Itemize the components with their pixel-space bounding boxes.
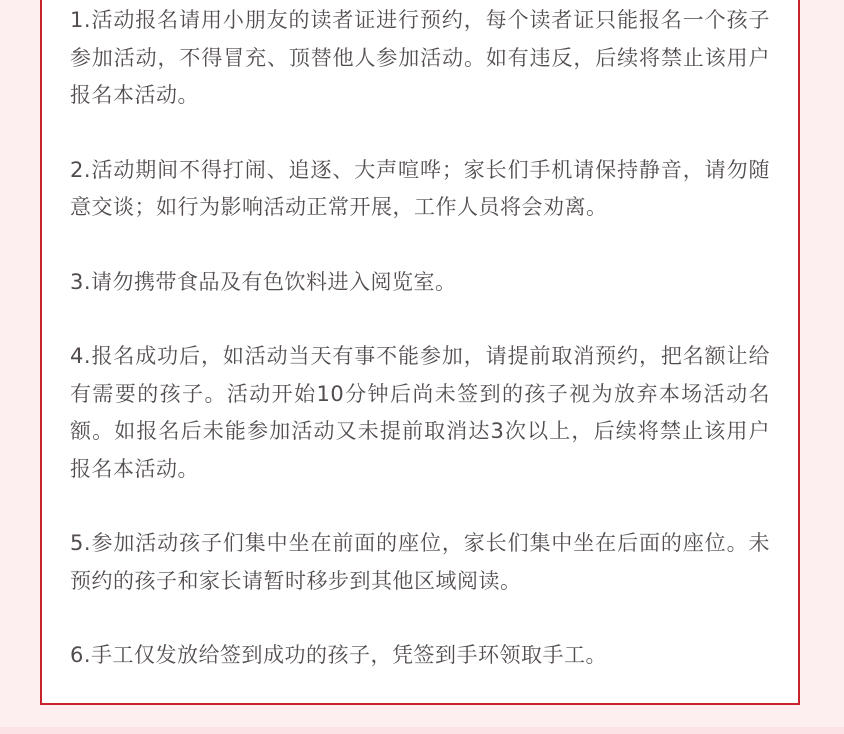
rule-paragraph-1: 1.活动报名请用小朋友的读者证进行预约，每个读者证只能报名一个孩子参加活动，不得… [70,2,770,115]
page-footer-strip [0,727,844,734]
rule-paragraph-3: 3.请勿携带食品及有色饮料进入阅览室。 [70,264,770,302]
rule-paragraph-2: 2.活动期间不得打闹、追逐、大声喧哗；家长们手机请保持静音，请勿随意交谈；如行为… [70,152,770,227]
rule-paragraph-6: 6.手工仅发放给签到成功的孩子，凭签到手环领取手工。 [70,637,770,675]
activity-rules-card: 1.活动报名请用小朋友的读者证进行预约，每个读者证只能报名一个孩子参加活动，不得… [40,0,800,705]
rule-paragraph-4: 4.报名成功后，如活动当天有事不能参加，请提前取消预约，把名额让给有需要的孩子。… [70,338,770,488]
rule-paragraph-5: 5.参加活动孩子们集中坐在前面的座位，家长们集中坐在后面的座位。未预约的孩子和家… [70,525,770,600]
